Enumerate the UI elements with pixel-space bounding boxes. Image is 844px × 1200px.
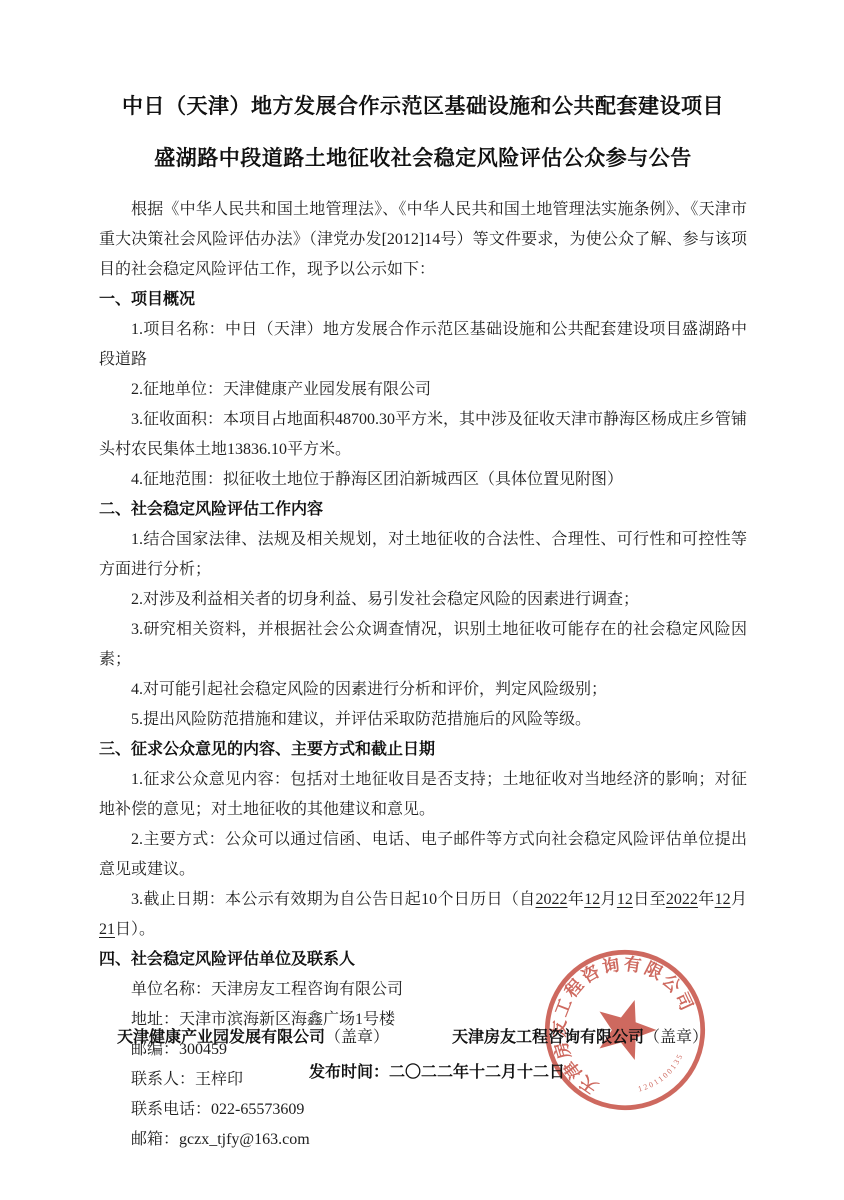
contact-email: 邮箱：gczx_tjfy@163.com	[99, 1125, 747, 1155]
deadline-text: 3.截止日期：本公示有效期为自公告日起10个日历日（自	[131, 891, 536, 908]
signer-left-name: 天津健康产业园发展有限公司	[117, 1029, 325, 1046]
deadline-day-end: 21	[99, 921, 115, 938]
section-1-item-area: 3.征收面积：本项目占地面积48700.30平方米，其中涉及征收天津市静海区杨成…	[99, 405, 747, 465]
section-2-item-2: 2.对涉及利益相关者的切身利益、易引发社会稳定风险的因素进行调查；	[99, 585, 747, 615]
section-1-heading: 一、项目概况	[99, 285, 747, 315]
deadline-text: 月	[600, 891, 617, 908]
section-2-item-3: 3.研究相关资料，并根据社会公众调查情况，识别土地征收可能存在的社会稳定风险因素…	[99, 615, 747, 675]
notice-page: 中日（天津）地方发展合作示范区基础设施和公共配套建设项目 盛湖路中段道路土地征收…	[0, 0, 844, 1200]
document-title-line2: 盛湖路中段道路土地征收社会稳定风险评估公众参与公告	[99, 132, 747, 184]
deadline-text: 月	[731, 891, 747, 908]
deadline-day-start: 12	[617, 891, 633, 908]
section-1-item-project-name: 1.项目名称：中日（天津）地方发展合作示范区基础设施和公共配套建设项目盛湖路中段…	[99, 315, 747, 375]
section-2-item-4: 4.对可能引起社会稳定风险的因素进行分析和评价，判定风险级别；	[99, 675, 747, 705]
signer-right-name: 天津房友工程咨询有限公司	[452, 1029, 644, 1046]
section-3-item-content: 1.征求公众意见内容：包括对土地征收目是否支持；土地征收对当地经济的影响；对征地…	[99, 765, 747, 825]
signature-row: 天津健康产业园发展有限公司（盖章） 天津房友工程咨询有限公司（盖章）	[99, 1023, 747, 1053]
publish-date-line: 发布时间：二〇二二年十二月十二日	[99, 1058, 747, 1088]
deadline-text: 年	[568, 891, 585, 908]
document-title-line1: 中日（天津）地方发展合作示范区基础设施和公共配套建设项目	[99, 80, 747, 132]
deadline-year-end: 2022	[666, 891, 698, 908]
deadline-year-start: 2022	[536, 891, 568, 908]
section-2-heading: 二、社会稳定风险评估工作内容	[99, 495, 747, 525]
deadline-text: 日至	[633, 891, 666, 908]
deadline-month-end: 12	[715, 891, 731, 908]
section-1-item-land-unit: 2.征地单位：天津健康产业园发展有限公司	[99, 375, 747, 405]
deadline-month-start: 12	[584, 891, 600, 908]
deadline-text: 年	[698, 891, 715, 908]
section-2-item-5: 5.提出风险防范措施和建议，并评估采取防范措施后的风险等级。	[99, 705, 747, 735]
section-1-item-scope: 4.征地范围：拟征收土地位于静海区团泊新城西区（具体位置见附图）	[99, 465, 747, 495]
signer-left: 天津健康产业园发展有限公司（盖章）	[117, 1023, 389, 1053]
section-2-item-1: 1.结合国家法律、法规及相关规划，对土地征收的合法性、合理性、可行性和可控性等方…	[99, 525, 747, 585]
signer-right: 天津房友工程咨询有限公司（盖章）	[452, 1023, 708, 1053]
signer-left-seal-note: （盖章）	[325, 1029, 389, 1046]
section-3-item-method: 2.主要方式：公众可以通过信函、电话、电子邮件等方式向社会稳定风险评估单位提出意…	[99, 825, 747, 885]
intro-paragraph: 根据《中华人民共和国土地管理法》、《中华人民共和国土地管理法实施条例》、《天津市…	[99, 195, 747, 285]
section-3-heading: 三、征求公众意见的内容、主要方式和截止日期	[99, 735, 747, 765]
deadline-text: 日）。	[115, 921, 155, 938]
section-3-item-deadline: 3.截止日期：本公示有效期为自公告日起10个日历日（自2022年12月12日至2…	[99, 885, 747, 945]
signer-right-seal-note: （盖章）	[644, 1029, 708, 1046]
